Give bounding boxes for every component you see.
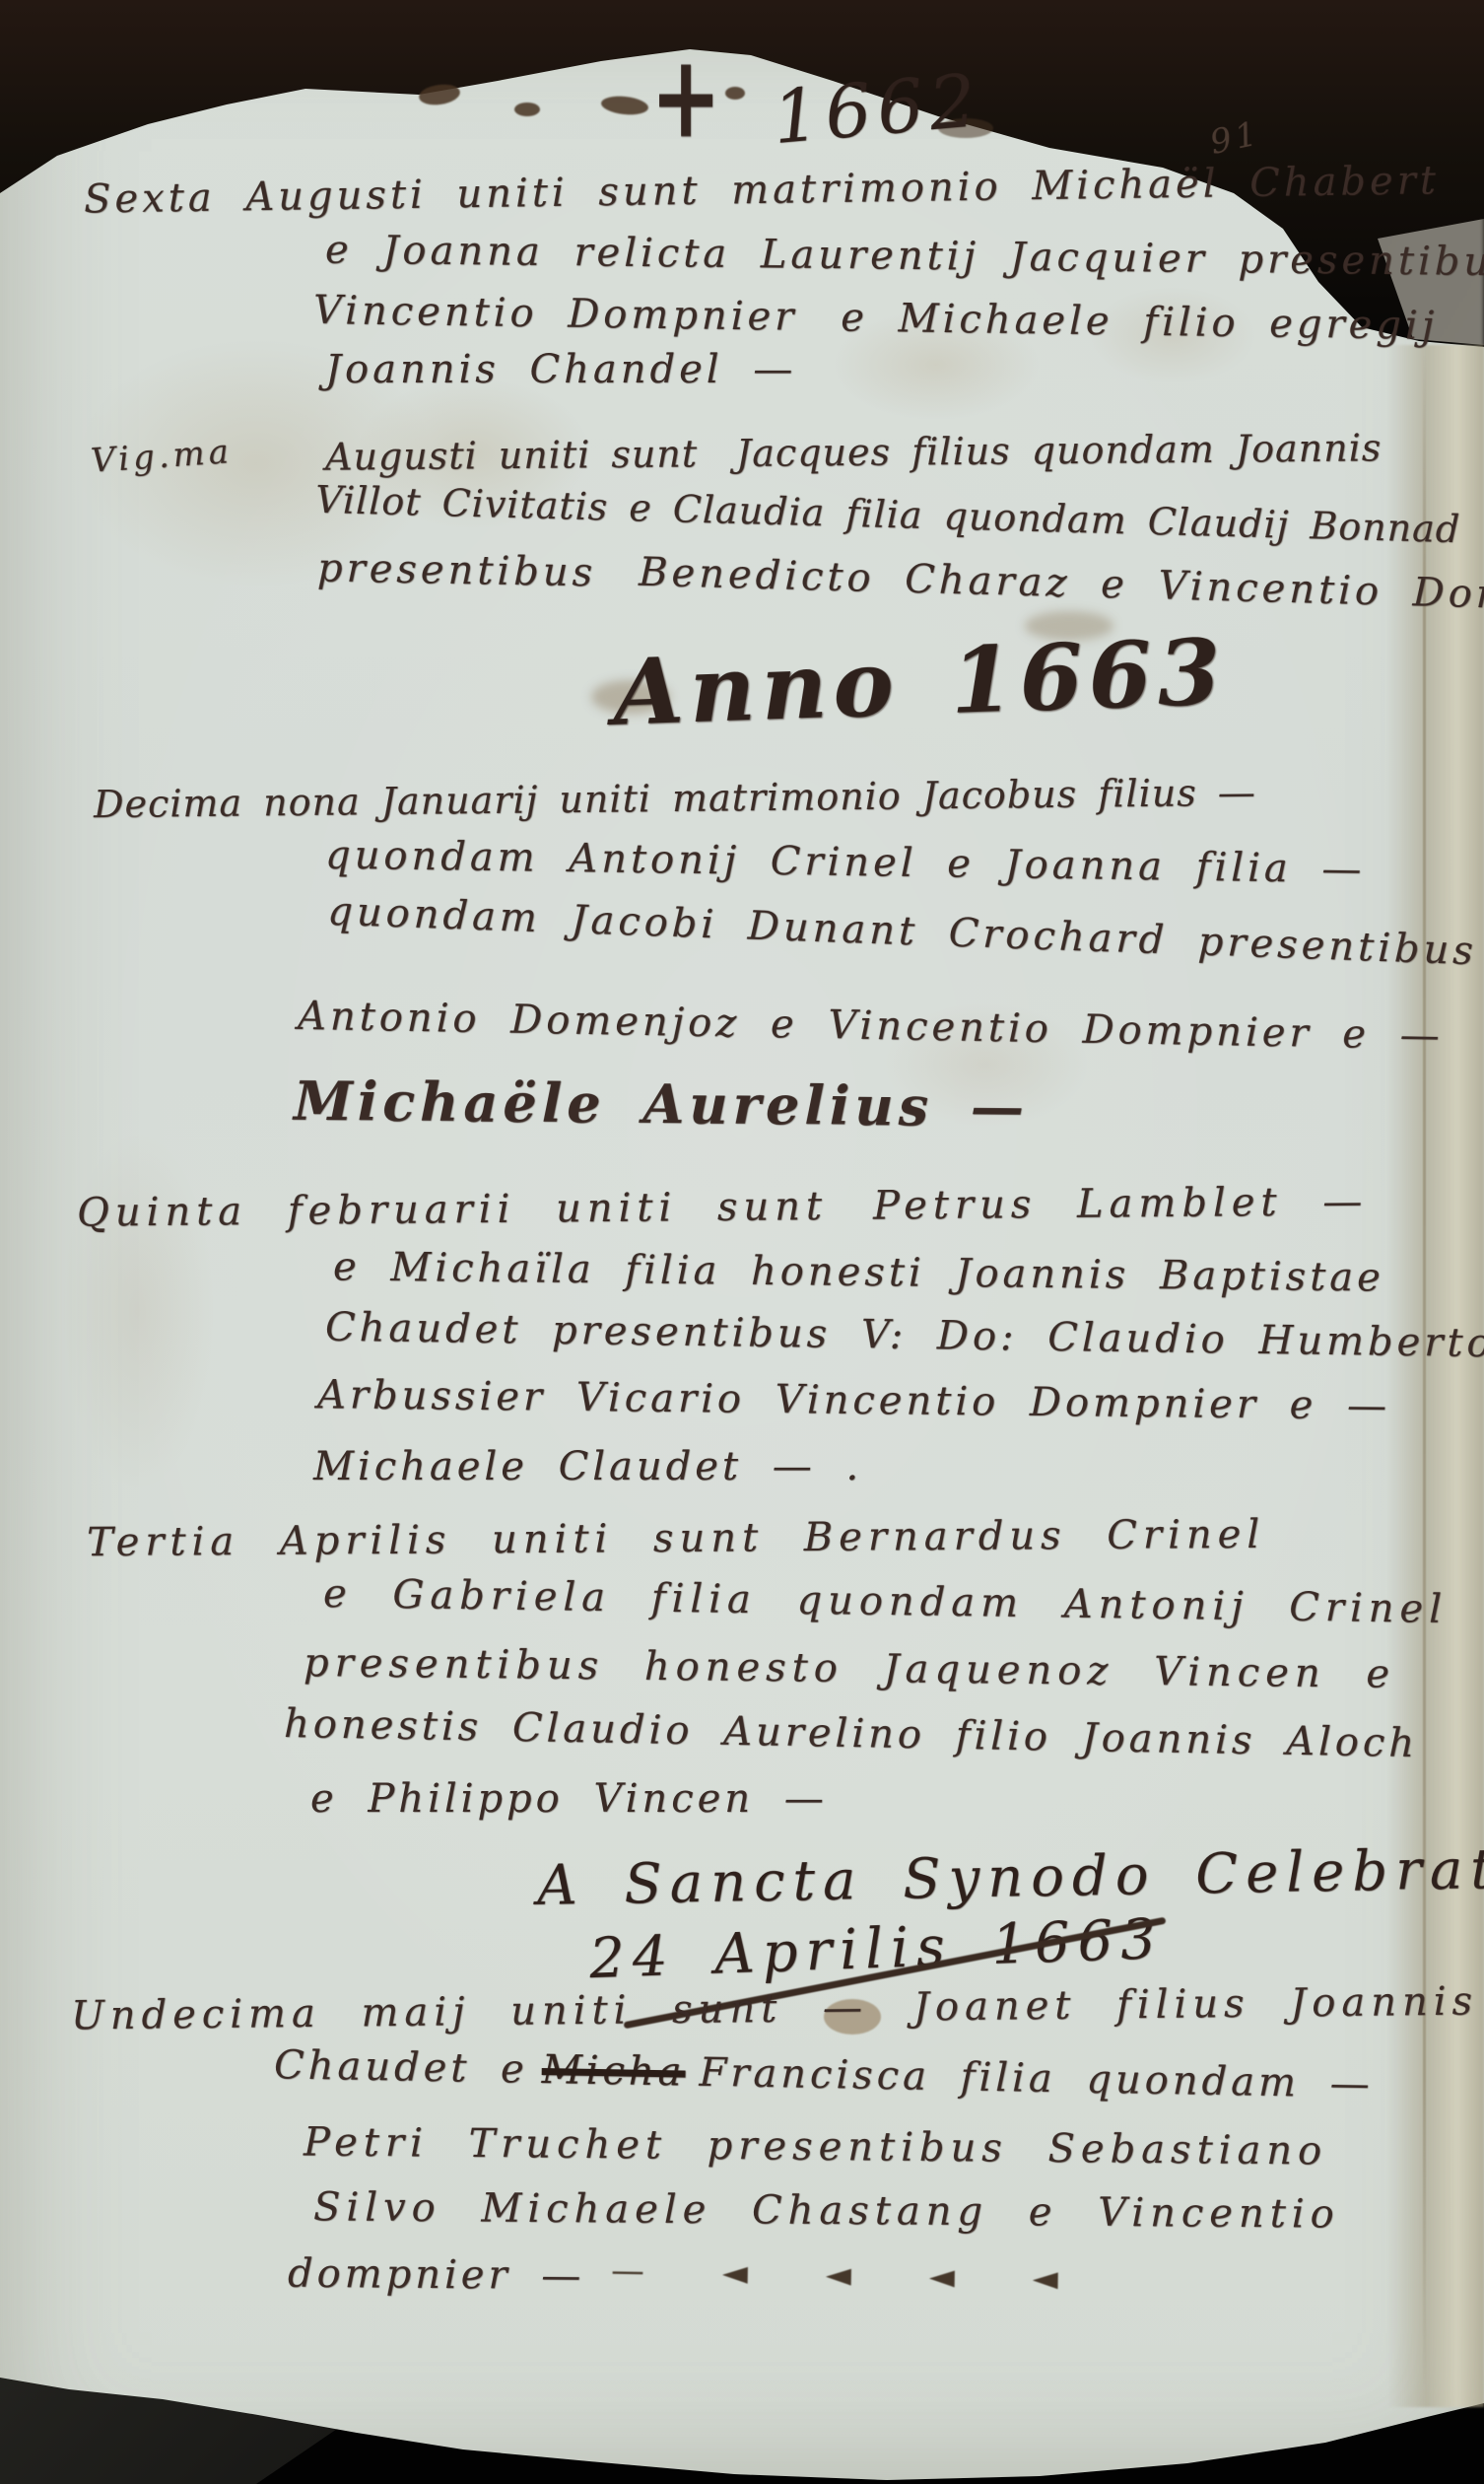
ink-cross-mark: + [650, 30, 721, 164]
anno-1663-heading: Anno 1663 [611, 618, 1228, 746]
entry-6-line-2-pre: Chaudet e [274, 2042, 528, 2092]
page-number: 91 [1206, 113, 1263, 163]
entry-6-line-3: Petri Truchet presentibus Sebastiano [304, 2119, 1328, 2173]
right-fold-deckle-edge [1387, 345, 1484, 2407]
entry-5-line-1: Tertia Aprilis uniti sunt Bernardus Crin… [87, 1512, 1265, 1565]
entry-6-line-5: dompnier — [288, 2251, 585, 2300]
entry-3-line-5: Michaële Aurelius — [294, 1069, 1029, 1139]
fold-crease-line [1423, 355, 1426, 2385]
ink-flourish-marks: — ◄ ◄ ◄ ◄ [611, 2251, 1092, 2300]
entry-2-line-3: presentibus [317, 546, 597, 596]
entry-1-line-4: Joannis Chandel — [325, 347, 796, 392]
entry-2-line-1: Augusti uniti sunt Jacques filius quonda… [325, 426, 1383, 478]
ink-speck [514, 103, 540, 116]
manuscript-photo: { "colors": { "backdrop": "#070605", "pa… [0, 0, 1484, 2484]
year-heading-1662: 1662 [770, 58, 985, 161]
entry-5-line-5: e Philippo Vincen — [310, 1776, 828, 1822]
strikethrough-word: Micha [541, 2047, 686, 2096]
entry-4-line-5: Michaele Claudet — . [313, 1444, 862, 1489]
entry-6-line-4: Silvo Michaele Chastang e Vincentio [313, 2184, 1340, 2237]
ink-speck [725, 87, 745, 100]
